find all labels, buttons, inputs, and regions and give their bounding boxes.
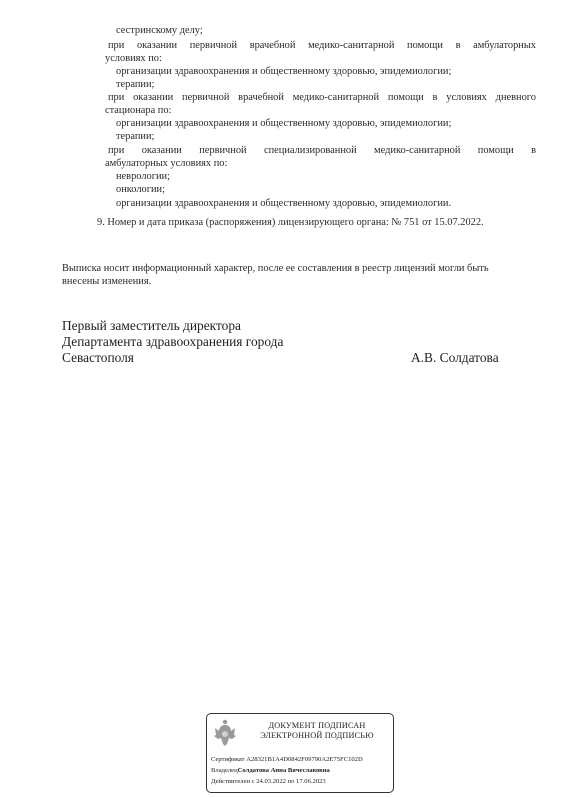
- list-line: организации здравоохранения и общественн…: [116, 117, 451, 130]
- electronic-signature-stamp: ДОКУМЕНТ ПОДПИСАН ЭЛЕКТРОННОЙ ПОДПИСЬЮ С…: [206, 713, 394, 793]
- stamp-title: ДОКУМЕНТ ПОДПИСАН ЭЛЕКТРОННОЙ ПОДПИСЬЮ: [247, 721, 387, 741]
- signatory-name: А.В. Солдатова: [411, 350, 499, 367]
- list-line: стационара по:: [105, 104, 171, 117]
- owner-line: ВладелецСолдатова Анна Вячеславовна: [211, 767, 330, 775]
- list-line: амбулаторных условиях по:: [105, 157, 227, 170]
- list-line: организации здравоохранения и общественн…: [116, 65, 451, 78]
- notice-text: Выписка носит информационный характер, п…: [62, 262, 489, 275]
- validity-line: Действителен с 24.03.2022 по 17.06.2023: [211, 778, 326, 786]
- item-9-order: 9. Номер и дата приказа (распоряжения) л…: [97, 216, 484, 229]
- list-line: при оказании первичной врачебной медико-…: [108, 91, 536, 104]
- coat-of-arms-icon: [213, 718, 237, 748]
- list-line: онкологии;: [116, 183, 165, 196]
- list-line: терапии;: [116, 130, 154, 143]
- signatory-city: Севастополя: [62, 350, 134, 367]
- list-line: неврологии;: [116, 170, 170, 183]
- list-line: терапии;: [116, 78, 154, 91]
- list-line: организации здравоохранения и общественн…: [116, 197, 451, 210]
- list-line: при оказании первичной специализированно…: [108, 144, 536, 157]
- list-line: при оказании первичной врачебной медико-…: [108, 39, 536, 52]
- certificate-line: Сертификат A28321B1A4D0842F09790A2E75FC1…: [211, 756, 363, 764]
- signatory-position: Первый заместитель директора: [62, 318, 241, 335]
- signatory-department: Департамента здравоохранения города: [62, 334, 283, 351]
- list-line: условиях по:: [105, 52, 162, 65]
- list-line: сестринскому делу;: [116, 24, 203, 37]
- notice-text: внесены изменения.: [62, 275, 151, 288]
